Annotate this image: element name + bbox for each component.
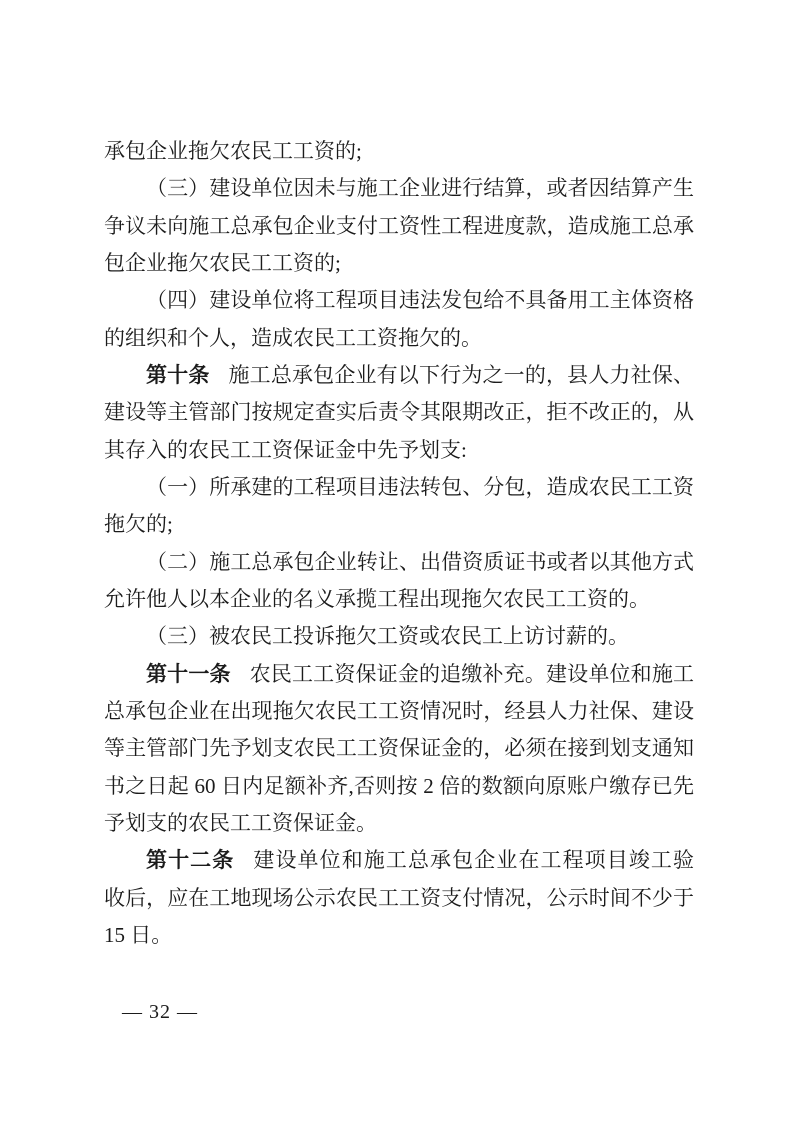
text-line: 的组织和个人，造成农民工工资拖欠的。 (104, 320, 694, 357)
text-line: （三）被农民工投诉拖欠工资或农民工上访讨薪的。 (104, 618, 694, 655)
text-line: 建设等主管部门按规定查实后责令其限期改正，拒不改正的，从 (104, 394, 694, 431)
text-line: （二）施工总承包企业转让、出借资质证书或者以其他方式 (104, 544, 694, 581)
text-line: 收后，应在工地现场公示农民工工资支付情况，公示时间不少于 (104, 880, 694, 917)
document-body: 承包企业拖欠农民工工资的;（三）建设单位因未与施工企业进行结算，或者因结算产生争… (104, 133, 694, 954)
paragraph: （三）建设单位因未与施工企业进行结算，或者因结算产生争议未向施工总承包企业支付工… (104, 170, 694, 282)
document-page: 承包企业拖欠农民工工资的;（三）建设单位因未与施工企业进行结算，或者因结算产生争… (0, 0, 794, 1123)
text-line: 包企业拖欠农民工工资的; (104, 245, 694, 282)
paragraph: （四）建设单位将工程项目违法发包给不具备用工主体资格的组织和个人，造成农民工工资… (104, 282, 694, 357)
text-line: 等主管部门先予划支农民工工资保证金的，必须在接到划支通知 (104, 730, 694, 767)
text-line: 允许他人以本企业的名义承揽工程出现拖欠农民工工资的。 (104, 581, 694, 618)
text-line: 总承包企业在出现拖欠农民工工资情况时，经县人力社保、建设 (104, 693, 694, 730)
text-line: 15 日。 (104, 917, 694, 954)
text-line: 第十一条农民工工资保证金的追缴补充。建设单位和施工 (104, 656, 694, 693)
text-line: 予划支的农民工工资保证金。 (104, 805, 694, 842)
paragraph: 承包企业拖欠农民工工资的; (104, 133, 694, 170)
article-number-label: 第十二条 (146, 848, 234, 872)
text-line: 书之日起 60 日内足额补齐,否则按 2 倍的数额向原账户缴存已先 (104, 768, 694, 805)
paragraph: （三）被农民工投诉拖欠工资或农民工上访讨薪的。 (104, 618, 694, 655)
article-number-label: 第十一条 (146, 662, 231, 686)
text-line: 其存入的农民工工资保证金中先予划支: (104, 432, 694, 469)
paragraph: 第十一条农民工工资保证金的追缴补充。建设单位和施工总承包企业在出现拖欠农民工工资… (104, 656, 694, 843)
article-number-label: 第十条 (146, 363, 210, 387)
text-line: 第十二条建设单位和施工总承包企业在工程项目竣工验 (104, 842, 694, 879)
text-line: （一）所承建的工程项目违法转包、分包，造成农民工工资 (104, 469, 694, 506)
page-number: — 32 — (122, 1000, 198, 1024)
paragraph: 第十二条建设单位和施工总承包企业在工程项目竣工验收后，应在工地现场公示农民工工资… (104, 842, 694, 954)
text-line: （三）建设单位因未与施工企业进行结算，或者因结算产生 (104, 170, 694, 207)
text-line: （四）建设单位将工程项目违法发包给不具备用工主体资格 (104, 282, 694, 319)
paragraph: 第十条施工总承包企业有以下行为之一的，县人力社保、建设等主管部门按规定查实后责令… (104, 357, 694, 469)
paragraph: （二）施工总承包企业转让、出借资质证书或者以其他方式允许他人以本企业的名义承揽工… (104, 544, 694, 619)
text-line: 第十条施工总承包企业有以下行为之一的，县人力社保、 (104, 357, 694, 394)
text-line: 拖欠的; (104, 506, 694, 543)
paragraph: （一）所承建的工程项目违法转包、分包，造成农民工工资拖欠的; (104, 469, 694, 544)
text-line: 争议未向施工总承包企业支付工资性工程进度款，造成施工总承 (104, 208, 694, 245)
text-line: 承包企业拖欠农民工工资的; (104, 133, 694, 170)
